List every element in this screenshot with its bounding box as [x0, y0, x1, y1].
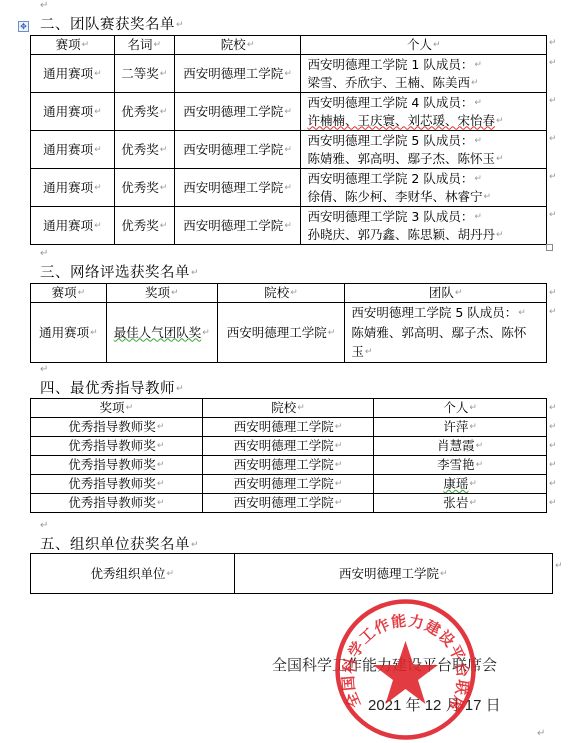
table-resize-handle[interactable]	[546, 244, 553, 251]
section4-heading: 四、最优秀指导教师↵	[40, 380, 184, 398]
event-cell: 通用赛项↵	[31, 131, 115, 169]
school-cell: 西安明德理工学院↵	[174, 55, 301, 93]
section3-title: 三、网络评选获奖名单	[40, 265, 190, 281]
row-end-mark: ↵	[549, 422, 557, 432]
event-cell: 通用赛项↵	[31, 169, 115, 207]
members-cell: 西安明德理工学院 1 队成员：↵梁雪、乔欣宇、王楠、陈美西↵	[301, 55, 547, 93]
team-awards-table: 赛项↵ 名词↵ 院校↵ 个人↵ 通用赛项↵ 二等奖↵ 西安明德理工学院↵ 西安明…	[30, 35, 547, 245]
section5-heading: 五、组织单位获奖名单↵	[40, 536, 199, 554]
row-end-mark: ↵	[549, 172, 557, 182]
event-cell: 通用赛项↵	[31, 55, 115, 93]
table-header-row: 奖项↵ 院校↵ 个人↵	[31, 399, 547, 418]
section5-title: 五、组织单位获奖名单	[40, 537, 190, 553]
section4-title: 四、最优秀指导教师	[40, 381, 175, 397]
school-cell: 西安明德理工学院↵	[234, 554, 552, 594]
award-cell: 优秀指导教师奖↵	[31, 456, 203, 475]
header-cell: 赛项↵	[31, 284, 107, 303]
header-cell: 团队↵	[345, 284, 547, 303]
official-seal-stamp: 全国科学工作能力建设平台联席会	[333, 597, 478, 742]
header-cell: 院校↵	[174, 36, 301, 55]
school-cell: 西安明德理工学院↵	[202, 456, 374, 475]
paragraph-mark: ↵	[40, 0, 48, 11]
school-cell: 西安明德理工学院↵	[217, 303, 345, 363]
school-cell: 西安明德理工学院↵	[202, 494, 374, 513]
award-cell: 优秀组织单位↵	[31, 554, 235, 594]
award-cell: 最佳人气团队奖↵	[106, 303, 217, 363]
paragraph-mark: ↵	[40, 248, 48, 259]
table-row: 通用赛项↵ 优秀奖↵ 西安明德理工学院↵ 西安明德理工学院 2 队成员：↵徐倩、…	[31, 169, 547, 207]
row-end-mark: ↵	[549, 38, 557, 48]
members-cell: 西安明德理工学院 2 队成员：↵徐倩、陈少柯、李财华、林睿宁↵	[301, 169, 547, 207]
section3-heading: 三、网络评选获奖名单↵	[40, 264, 199, 282]
row-end-mark: ↵	[549, 288, 557, 298]
person-cell: 张岩↵	[374, 494, 547, 513]
school-cell: 西安明德理工学院↵	[202, 475, 374, 494]
school-cell: 西安明德理工学院↵	[202, 437, 374, 456]
online-voting-table: 赛项↵ 奖项↵ 院校↵ 团队↵ 通用赛项↵ 最佳人气团队奖↵ 西安明德理工学院↵…	[30, 283, 547, 363]
event-cell: 通用赛项↵	[31, 93, 115, 131]
person-cell: 肖慧霞↵	[374, 437, 547, 456]
table-row: 优秀指导教师奖↵ 西安明德理工学院↵ 肖慧霞↵	[31, 437, 547, 456]
school-cell: 西安明德理工学院↵	[174, 93, 301, 131]
row-end-mark: ↵	[549, 58, 557, 68]
best-advisor-table: 奖项↵ 院校↵ 个人↵ 优秀指导教师奖↵ 西安明德理工学院↵ 许萍↵ 优秀指导教…	[30, 398, 547, 513]
organizer-award-table: 优秀组织单位↵ 西安明德理工学院↵	[30, 553, 553, 594]
person-cell: 李雪艳↵	[374, 456, 547, 475]
row-end-mark: ↵	[549, 403, 557, 413]
header-cell: 个人↵	[374, 399, 547, 418]
header-cell: 奖项↵	[31, 399, 203, 418]
paragraph-mark: ↵	[40, 520, 48, 531]
person-cell: 康瑶↵	[374, 475, 547, 494]
table-row: 优秀指导教师奖↵ 西安明德理工学院↵ 康瑶↵	[31, 475, 547, 494]
row-end-mark: ↵	[549, 134, 557, 144]
table-row: 通用赛项↵ 二等奖↵ 西安明德理工学院↵ 西安明德理工学院 1 队成员：↵梁雪、…	[31, 55, 547, 93]
header-cell: 院校↵	[202, 399, 374, 418]
header-cell: 赛项↵	[31, 36, 115, 55]
table-row: 通用赛项↵ 优秀奖↵ 西安明德理工学院↵ 西安明德理工学院 4 队成员：↵许楠楠…	[31, 93, 547, 131]
members-cell: 西安明德理工学院 3 队成员：↵孙晓庆、郭乃鑫、陈思颖、胡丹丹↵	[301, 207, 547, 245]
row-end-mark: ↵	[555, 561, 563, 571]
award-cell: 优秀奖↵	[114, 207, 174, 245]
award-cell: 优秀奖↵	[114, 93, 174, 131]
table-row: 通用赛项↵ 优秀奖↵ 西安明德理工学院↵ 西安明德理工学院 3 队成员：↵孙晓庆…	[31, 207, 547, 245]
table-row: 优秀指导教师奖↵ 西安明德理工学院↵ 李雪艳↵	[31, 456, 547, 475]
row-end-mark: ↵	[549, 460, 557, 470]
school-cell: 西安明德理工学院↵	[202, 418, 374, 437]
paragraph-mark: ↵	[537, 728, 545, 739]
award-cell: 优秀指导教师奖↵	[31, 494, 203, 513]
table-row: 优秀指导教师奖↵ 西安明德理工学院↵ 张岩↵	[31, 494, 547, 513]
school-cell: 西安明德理工学院↵	[174, 169, 301, 207]
event-cell: 通用赛项↵	[31, 303, 107, 363]
award-cell: 二等奖↵	[114, 55, 174, 93]
paragraph-mark: ↵	[40, 364, 48, 375]
header-cell: 院校↵	[217, 284, 345, 303]
table-row: 通用赛项↵ 最佳人气团队奖↵ 西安明德理工学院↵ 西安明德理工学院 5 队成员：…	[31, 303, 547, 363]
person-cell: 许萍↵	[374, 418, 547, 437]
award-cell: 优秀奖↵	[114, 131, 174, 169]
award-cell: 优秀指导教师奖↵	[31, 418, 203, 437]
table-header-row: 赛项↵ 奖项↵ 院校↵ 团队↵	[31, 284, 547, 303]
table-row: 优秀组织单位↵ 西安明德理工学院↵	[31, 554, 553, 594]
section2-title: 二、团队赛获奖名单	[40, 17, 175, 33]
award-cell: 优秀奖↵	[114, 169, 174, 207]
table-row: 通用赛项↵ 优秀奖↵ 西安明德理工学院↵ 西安明德理工学院 5 队成员：↵陈婧雅…	[31, 131, 547, 169]
header-cell: 奖项↵	[106, 284, 217, 303]
table-row: 优秀指导教师奖↵ 西安明德理工学院↵ 许萍↵	[31, 418, 547, 437]
row-end-mark: ↵	[549, 307, 557, 317]
row-end-mark: ↵	[549, 210, 557, 220]
team-cell: 西安明德理工学院 5 队成员：↵陈婧雅、郭高明、鄢子杰、陈怀玉↵	[345, 303, 547, 363]
section2-heading: 二、团队赛获奖名单↵	[40, 16, 184, 34]
award-cell: 优秀指导教师奖↵	[31, 475, 203, 494]
star-icon	[373, 641, 438, 704]
row-end-mark: ↵	[549, 96, 557, 106]
header-cell: 个人↵	[301, 36, 547, 55]
header-cell: 名词↵	[114, 36, 174, 55]
members-cell: 西安明德理工学院 4 队成员：↵许楠楠、王庆寰、刘芯瑗、宋怡春↵	[301, 93, 547, 131]
school-cell: 西安明德理工学院↵	[174, 207, 301, 245]
table-move-handle-icon[interactable]: ✥	[18, 21, 29, 32]
award-cell: 优秀指导教师奖↵	[31, 437, 203, 456]
event-cell: 通用赛项↵	[31, 207, 115, 245]
table-header-row: 赛项↵ 名词↵ 院校↵ 个人↵	[31, 36, 547, 55]
school-cell: 西安明德理工学院↵	[174, 131, 301, 169]
row-end-mark: ↵	[549, 441, 557, 451]
row-end-mark: ↵	[549, 498, 557, 508]
members-cell: 西安明德理工学院 5 队成员：↵陈婧雅、郭高明、鄢子杰、陈怀玉↵	[301, 131, 547, 169]
row-end-mark: ↵	[549, 479, 557, 489]
